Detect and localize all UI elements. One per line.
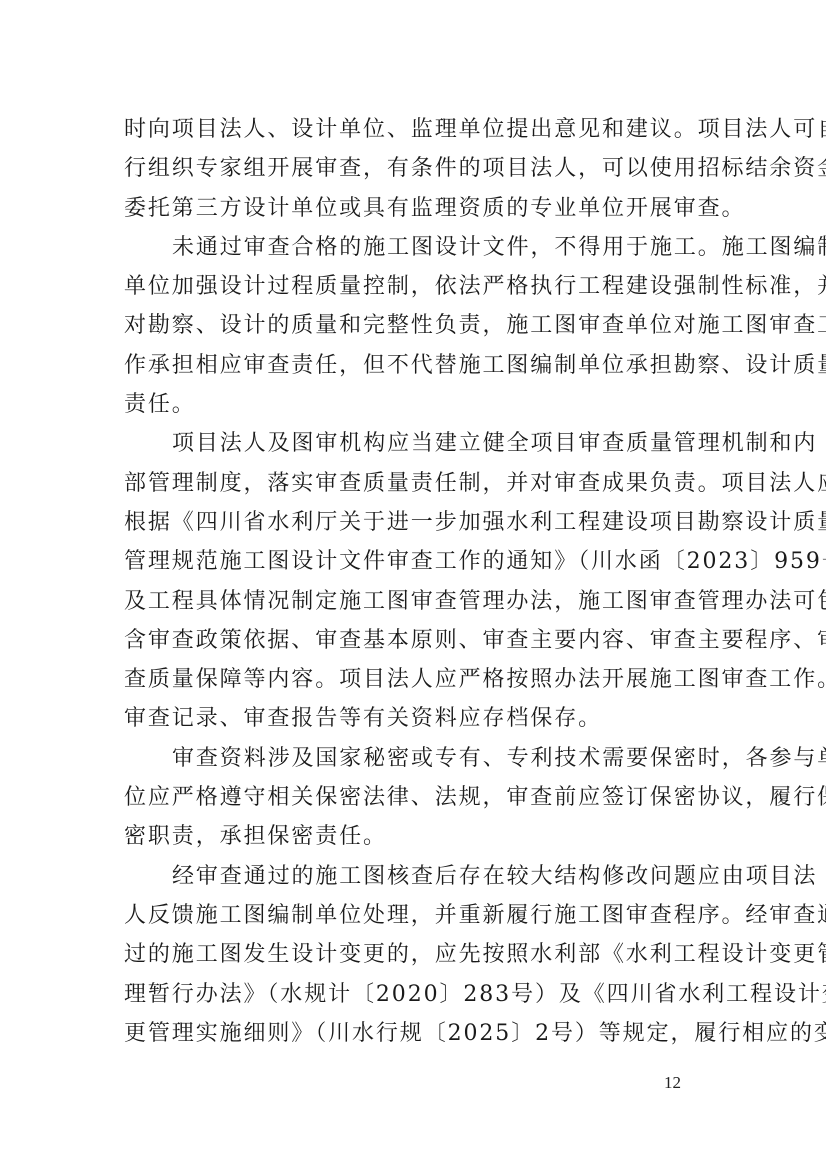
text-line: 位应严格遵守相关保密法律、法规，审查前应签订保密协议，履行保 <box>124 778 724 817</box>
text-line: 单位加强设计过程质量控制，依法严格执行工程建设强制性标准，并 <box>124 267 724 306</box>
text-line: 行组织专家组开展审查，有条件的项目法人，可以使用招标结余资金 <box>124 149 724 188</box>
document-page: 时向项目法人、设计单位、监理单位提出意见和建议。项目法人可自 行组织专家组开展审… <box>0 0 826 1169</box>
page-number: 12 <box>664 1073 681 1093</box>
text-line: 经审查通过的施工图核查后存在较大结构修改问题应由项目法 <box>124 857 724 896</box>
text-line: 委托第三方设计单位或具有监理资质的专业单位开展审查。 <box>124 189 724 228</box>
paragraph-quality-management: 项目法人及图审机构应当建立健全项目审查质量管理机制和内 部管理制度，落实审查质量… <box>124 424 724 738</box>
text-line: 审查资料涉及国家秘密或专有、专利技术需要保密时，各参与单 <box>124 739 724 778</box>
text-line: 理暂行办法》（水规计〔2020〕283号）及《四川省水利工程设计变 <box>124 975 724 1014</box>
text-line: 部管理制度，落实审查质量责任制，并对审查成果负责。项目法人应 <box>124 464 724 503</box>
text-line: 作承担相应审查责任，但不代替施工图编制单位承担勘察、设计质量 <box>124 346 724 385</box>
text-line: 过的施工图发生设计变更的，应先按照水利部《水利工程设计变更管 <box>124 935 724 974</box>
text-line: 未通过审查合格的施工图设计文件，不得用于施工。施工图编制 <box>124 228 724 267</box>
text-line: 查质量保障等内容。项目法人应严格按照办法开展施工图审查工作。 <box>124 660 724 699</box>
paragraph-unapproved-drawings: 未通过审查合格的施工图设计文件，不得用于施工。施工图编制 单位加强设计过程质量控… <box>124 228 724 424</box>
text-line: 时向项目法人、设计单位、监理单位提出意见和建议。项目法人可自 <box>124 110 724 149</box>
paragraph-continuation: 时向项目法人、设计单位、监理单位提出意见和建议。项目法人可自 行组织专家组开展审… <box>124 110 724 228</box>
text-line: 责任。 <box>124 385 724 424</box>
text-line: 对勘察、设计的质量和完整性负责，施工图审查单位对施工图审查工 <box>124 306 724 345</box>
text-line: 含审查政策依据、审查基本原则、审查主要内容、审查主要程序、审 <box>124 621 724 660</box>
text-line: 审查记录、审查报告等有关资料应存档保存。 <box>124 699 724 738</box>
text-line: 密职责，承担保密责任。 <box>124 817 724 856</box>
text-line: 管理规范施工图设计文件审查工作的通知》（川水函〔2023〕959号） <box>124 542 724 581</box>
text-line: 根据《四川省水利厅关于进一步加强水利工程建设项目勘察设计质量 <box>124 503 724 542</box>
paragraph-design-changes: 经审查通过的施工图核查后存在较大结构修改问题应由项目法 人反馈施工图编制单位处理… <box>124 857 724 1053</box>
text-line: 项目法人及图审机构应当建立健全项目审查质量管理机制和内 <box>124 424 724 463</box>
text-line: 更管理实施细则》（川水行规〔2025〕2号）等规定，履行相应的变 <box>124 1014 724 1053</box>
paragraph-confidentiality: 审查资料涉及国家秘密或专有、专利技术需要保密时，各参与单 位应严格遵守相关保密法… <box>124 739 724 857</box>
text-line: 人反馈施工图编制单位处理，并重新履行施工图审查程序。经审查通 <box>124 896 724 935</box>
body-text: 时向项目法人、设计单位、监理单位提出意见和建议。项目法人可自 行组织专家组开展审… <box>124 110 724 1053</box>
text-line: 及工程具体情况制定施工图审查管理办法，施工图审查管理办法可包 <box>124 582 724 621</box>
